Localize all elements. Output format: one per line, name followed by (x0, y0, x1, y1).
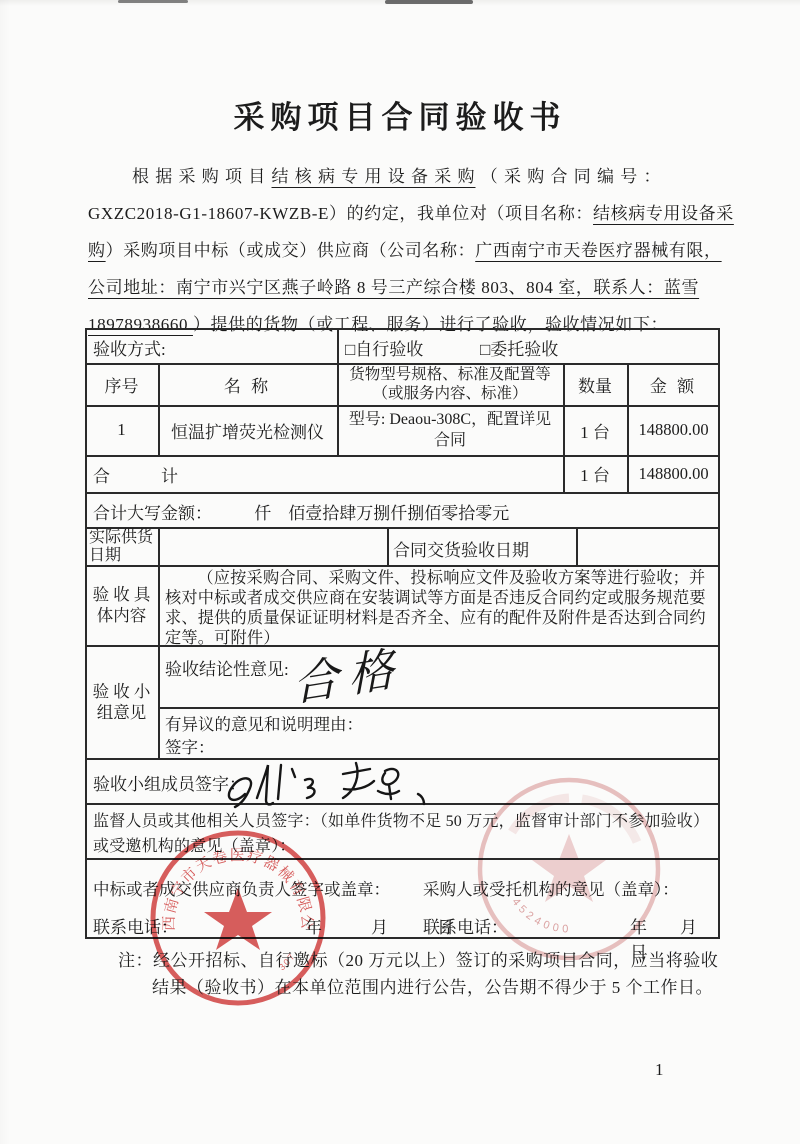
page-title: 采购项目合同验收书 (0, 92, 800, 137)
total-amount: 148800.00 (627, 455, 720, 492)
supervisor-text: 监督人员或其他相关人员签字：（如单件货物不足 50 万元，监督审计部门不参加验收… (93, 809, 713, 859)
actual-supply-date-label: 实际供货 日期 (89, 529, 158, 565)
item-amount: 148800.00 (627, 405, 720, 455)
table-border (576, 527, 578, 565)
contract-delivery-date-label: 合同交货验收日期 (393, 536, 529, 561)
checkbox-icon: □ (480, 340, 490, 359)
col-header-name: 名 称 (158, 363, 337, 405)
intro-line: 公司地址：南宁市兴宁区燕子岭路 8 号三产综合楼 803、804 室，联系人：蓝… (88, 269, 699, 306)
table-border (85, 492, 720, 494)
footnote-line1: 注：经公开招标、自行邀标（20 万元以上）签订的采购项目合同，应当将验收 (118, 946, 718, 971)
col-header-amount: 金 额 (627, 363, 720, 405)
checkbox-self-acceptance: □自行验收 (345, 335, 423, 360)
col-header-qty: 数量 (563, 363, 627, 405)
inspection-content-text: （应按采购合同、采购文件、投标响应文件及验收方案等进行验收；并核对中标或者成交供… (165, 568, 713, 648)
item-no: 1 (85, 405, 158, 455)
panel-opinion-label: 验 收 小 组意见 (85, 645, 158, 758)
footnote-line2: 结果（验收书）在本单位范围内进行公告，公告期不得少于 5 个工作日。 (152, 973, 713, 998)
col-header-no: 序号 (85, 363, 158, 405)
document-page: 采购项目合同验收书 根 据 采 购 项 目 结 核 病 专 用 设 备 采 购 … (0, 0, 800, 1144)
table-border (158, 707, 720, 709)
intro-line: 购）采购项目中标（或成交）供应商（公司名称：广西南宁市天卷医疗器械有限， (88, 232, 722, 269)
total-words-label: 合计大写金额： (93, 504, 212, 523)
col-header-spec: 货物型号规格、标准及配置等 （或服务内容、标准） (337, 363, 563, 405)
item-name: 恒温扩增荧光检测仪 (158, 405, 337, 455)
purchaser-opinion-label: 采购人或受托机构的意见（盖章）： (423, 876, 679, 900)
phone-label-right: 联系电话： (423, 913, 508, 938)
acceptance-table: 验收方式: □自行验收 □委托验收 序号 名 称 货物型号规格、标准及配置等 （… (85, 328, 720, 939)
total-words-value: 仟 佰壹拾肆万捌仟捌佰零拾零元 (254, 504, 509, 523)
checkbox-delegated-acceptance: □委托验收 (480, 335, 558, 360)
page-number: 1 (655, 1060, 664, 1080)
checkbox-label: 自行验收 (355, 340, 423, 359)
acceptance-method-label: 验收方式: (93, 335, 166, 360)
table-border (85, 565, 720, 567)
supplier-sign-label: 中标或者成交供应商负责人签字或盖章： (93, 876, 390, 900)
intro-line: GXZC2018-G1-18607-KWZB-E）的约定，我单位对（项目名称：结… (88, 195, 734, 232)
item-spec: 型号: Deaou-308C，配置详见合同 (337, 405, 563, 455)
table-border (85, 328, 720, 330)
handwritten-signatures (215, 758, 445, 813)
table-border (85, 527, 720, 529)
total-qty: 1 台 (563, 455, 627, 492)
intro-paragraph: 根 据 采 购 项 目 结 核 病 专 用 设 备 采 购 （ 采 购 合 同 … (88, 158, 718, 348)
scan-artifact (385, 0, 473, 4)
conclusion-label: 验收结论性意见: (165, 655, 289, 680)
intro-line: 根 据 采 购 项 目 结 核 病 专 用 设 备 采 购 （ 采 购 合 同 … (88, 158, 662, 195)
item-qty: 1 台 (563, 405, 627, 455)
phone-label-left: 联系电话： (93, 913, 178, 938)
total-label: 合 计 (93, 462, 178, 487)
checkbox-label: 委托验收 (490, 340, 558, 359)
table-border (387, 527, 389, 565)
table-border (158, 527, 160, 758)
objection-label: 有异议的意见和说明理由： 签字： (165, 713, 363, 759)
checkbox-icon: □ (345, 340, 355, 359)
inspection-content-label: 验 收 具 体内容 (85, 565, 158, 645)
scan-artifact (118, 0, 188, 3)
